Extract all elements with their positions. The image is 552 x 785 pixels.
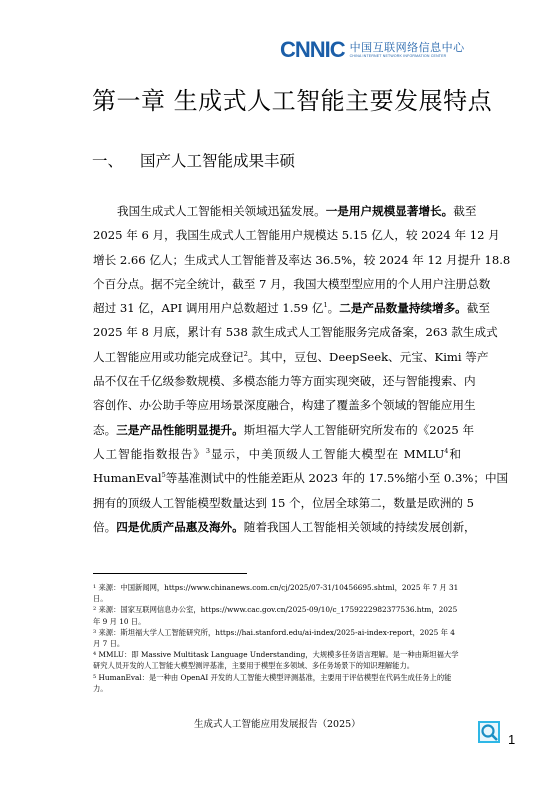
bold-highlight: 四是优质产品惠及海外。 — [116, 520, 244, 534]
footnote-divider — [93, 573, 247, 574]
bold-highlight: 一是用户规模显著增长。 — [326, 204, 454, 218]
body-text: 等基准测试中的性能差距从 2023 年的 17.5%缩小至 0.3%；中国 — [166, 471, 508, 485]
logo-english-name: CHINA INTERNET NETWORK INFORMATION CENTE… — [350, 54, 465, 59]
section-title-text: 国产人工智能成果丰硕 — [140, 152, 295, 170]
body-text: 倍。 — [93, 520, 116, 534]
body-line: 人工智能应用或功能完成登记2。其中，豆包、DeepSeek、元宝、Kimi 等产 — [93, 345, 461, 369]
body-line: 2025 年 8 月底，累计有 538 款生成式人工智能服务完成备案，263 款… — [93, 320, 461, 344]
body-text: 个百分点。据不完全统计，截至 7 月，我国大模型型应用的个人用户注册总数 — [93, 277, 490, 291]
body-text: 截至 — [467, 301, 490, 315]
body-line: HumanEval5等基准测试中的性能差距从 2023 年的 17.5%缩小至 … — [93, 466, 461, 490]
footnote-text: MMLU：即 Massive Multitask Language Unders… — [93, 650, 459, 670]
footnote-text: 来源：斯坦福大学人工智能研究所，https://hai.stanford.edu… — [93, 628, 455, 648]
body-line: 我国生成式人工智能相关领域迅猛发展。一是用户规模显著增长。截至 — [93, 199, 461, 223]
body-line: 超过 31 亿，API 调用用户总数超过 1.59 亿1。二是产品数量持续增多。… — [93, 296, 461, 320]
logo-chinese-name: 中国互联网络信息中心 — [350, 42, 465, 54]
body-line: 人工智能指数报告》3显示，中美顶级人工智能大模型在 MMLU4和 — [93, 442, 461, 466]
body-text: 截至 — [453, 204, 476, 218]
body-text: 容创作、办公助手等应用场景深度融合，构建了覆盖多个领域的智能应用生 — [93, 398, 476, 412]
search-magnifier-icon — [478, 721, 500, 743]
chapter-title: 第一章 生成式人工智能主要发展特点 — [92, 86, 492, 116]
body-paragraph: 我国生成式人工智能相关领域迅猛发展。一是用户规模显著增长。截至2025 年 6 … — [93, 199, 461, 539]
body-line: 拥有的顶级人工智能模型数量达到 15 个，位居全球第二，数量是欧洲的 5 — [93, 491, 461, 515]
footnotes: 1 来源：中国新闻网，https://www.chinanews.com.cn/… — [93, 582, 461, 694]
footnote-item: 2 来源：国家互联网信息办公室，https://www.cac.gov.cn/2… — [93, 604, 461, 626]
body-line: 态。三是产品性能明显提升。斯坦福大学人工智能研究所发布的《2025 年 — [93, 418, 461, 442]
body-text: 2025 年 6 月，我国生成式人工智能用户规模达 5.15 亿人，较 2024… — [93, 228, 500, 242]
body-text: 显示，中美顶级人工智能大模型在 MMLU — [210, 447, 444, 461]
logo-text: 中国互联网络信息中心 CHINA INTERNET NETWORK INFORM… — [350, 42, 465, 59]
body-text: 斯坦福大学人工智能研究所发布的《2025 年 — [244, 423, 474, 437]
body-line: 2025 年 6 月，我国生成式人工智能用户规模达 5.15 亿人，较 2024… — [93, 223, 461, 247]
body-text: 态。 — [93, 423, 116, 437]
footnote-item: 3 来源：斯坦福大学人工智能研究所，https://hai.stanford.e… — [93, 627, 461, 649]
bold-highlight: 二是产品数量持续增多。 — [339, 301, 467, 315]
logo-mark: CNNIC — [280, 39, 345, 61]
body-text: 。 — [328, 301, 340, 315]
body-line: 容创作、办公助手等应用场景深度融合，构建了覆盖多个领域的智能应用生 — [93, 393, 461, 417]
body-text: 超过 31 亿，API 调用用户总数超过 1.59 亿 — [93, 301, 323, 315]
section-number: 一、 — [92, 150, 140, 172]
body-line: 品不仅在千亿级参数规模、多模态能力等方面实现突破，还与智能搜索、内 — [93, 369, 461, 393]
body-text: 人工智能指数报告》 — [93, 447, 206, 461]
footnote-text: 来源：中国新闻网，https://www.chinanews.com.cn/cj… — [93, 583, 458, 603]
body-text: HumanEval — [93, 471, 162, 485]
body-text: 拥有的顶级人工智能模型数量达到 15 个，位居全球第二，数量是欧洲的 5 — [93, 496, 474, 510]
body-text: 我国生成式人工智能相关领域迅猛发展。 — [117, 204, 326, 218]
section-title: 一、国产人工智能成果丰硕 — [92, 150, 295, 172]
footer-report-title: 生成式人工智能应用发展报告（2025） — [194, 718, 361, 732]
body-text: 品不仅在千亿级参数规模、多模态能力等方面实现突破，还与智能搜索、内 — [93, 374, 476, 388]
body-text: 随着我国人工智能相关领域的持续发展创新， — [244, 520, 476, 534]
page-number: 1 — [508, 733, 515, 747]
footnote-item: 5 HumanEval：是一种由 OpenAI 开发的人工智能大模型评测基准，主… — [93, 672, 461, 694]
footnote-text: HumanEval：是一种由 OpenAI 开发的人工智能大模型评测基准，主要用… — [93, 673, 451, 693]
body-line: 倍。四是优质产品惠及海外。随着我国人工智能相关领域的持续发展创新， — [93, 515, 461, 539]
body-line: 个百分点。据不完全统计，截至 7 月，我国大模型型应用的个人用户注册总数 — [93, 272, 461, 296]
body-text: 。其中，豆包、DeepSeek、元宝、Kimi 等产 — [248, 350, 489, 364]
footnote-item: 4 MMLU：即 Massive Multitask Language Unde… — [93, 649, 461, 671]
body-text: 2025 年 8 月底，累计有 538 款生成式人工智能服务完成备案，263 款… — [93, 325, 498, 339]
body-text: 增长 2.66 亿人；生成式人工智能普及率达 36.5%，较 2024 年 12… — [93, 253, 510, 267]
body-text: 和 — [448, 447, 461, 461]
cnnic-logo: CNNIC 中国互联网络信息中心 CHINA INTERNET NETWORK … — [280, 38, 465, 62]
bold-highlight: 三是产品性能明显提升。 — [116, 423, 244, 437]
body-text: 人工智能应用或功能完成登记 — [93, 350, 244, 364]
footnote-item: 1 来源：中国新闻网，https://www.chinanews.com.cn/… — [93, 582, 461, 604]
footnote-text: 来源：国家互联网信息办公室，https://www.cac.gov.cn/202… — [93, 605, 457, 625]
body-line: 增长 2.66 亿人；生成式人工智能普及率达 36.5%，较 2024 年 12… — [93, 248, 461, 272]
